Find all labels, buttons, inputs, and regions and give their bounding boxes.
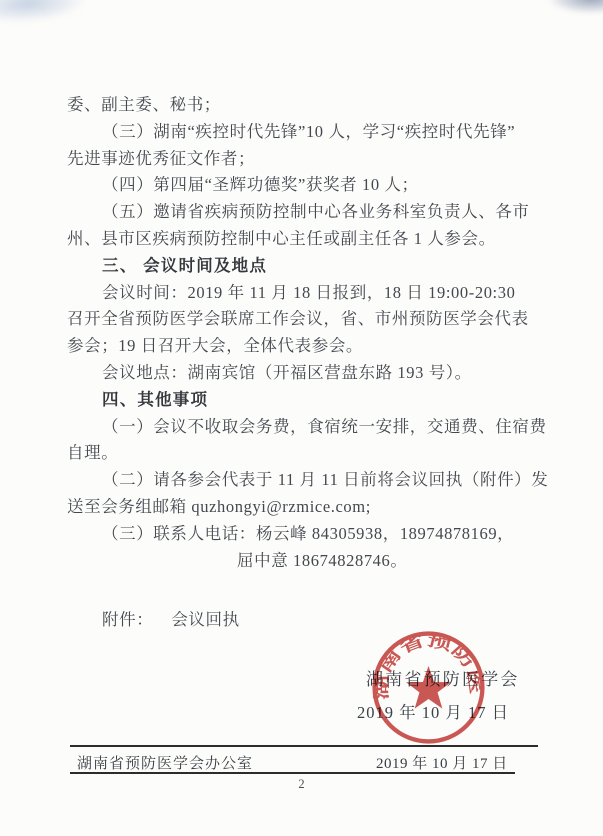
- scan-smudge-top-right: [548, 0, 603, 14]
- body-line: 屈中意 18674828746。: [67, 548, 543, 575]
- official-seal: 湖南省预防医学会: [371, 630, 486, 745]
- body-line: 参会；19 日召开大会，全体代表参会。: [67, 333, 543, 360]
- body-line: （二）请各参会代表于 11 月 11 日前将会议回执（附件）发: [67, 467, 543, 494]
- body-line: 送至会务组邮箱 quzhongyi@rzmice.com;: [67, 494, 543, 521]
- body-line: 州、县市区疾病预防控制中心主任或副主任各 1 人参会。: [67, 226, 543, 253]
- body-line: 先进事迹优秀征文作者；: [67, 146, 543, 173]
- body-line: （三）联系人电话：杨云峰 84305938，18974878169，: [67, 521, 543, 548]
- footer-rule-top: [70, 745, 538, 747]
- body-line: 会议地点：湖南宾馆（开福区营盘东路 193 号）。: [67, 360, 543, 387]
- section-heading-meeting-time: 三、 会议时间及地点: [67, 253, 543, 280]
- document-body: 委、副主委、秘书； （三）湖南“疾控时代先锋”10 人，学习“疾控时代先锋” 先…: [67, 92, 543, 574]
- scan-smudge-top-left: [0, 0, 89, 25]
- body-line: （四）第四届“圣辉功德奖”获奖者 10 人；: [67, 172, 543, 199]
- body-line: 委、副主委、秘书；: [67, 92, 543, 119]
- body-line: 召开全省预防医学会联席工作会议，省、市州预防医学会代表: [67, 306, 543, 333]
- body-line: 自理。: [67, 440, 543, 467]
- star-icon: [406, 666, 451, 709]
- document-page: 委、副主委、秘书； （三）湖南“疾控时代先锋”10 人，学习“疾控时代先锋” 先…: [0, 0, 603, 836]
- body-line: 会议时间：2019 年 11 月 18 日报到，18 日 19:00-20:30: [67, 280, 543, 307]
- attachment-line: 附件：会议回执: [67, 606, 240, 630]
- attachment-value: 会议回执: [171, 610, 239, 629]
- footer-office-name: 湖南省预防医学会办公室: [77, 752, 253, 773]
- body-line: （一）会议不收取会务费，食宿统一安排，交通费、住宿费: [67, 414, 543, 441]
- attachment-label: 附件：: [102, 610, 153, 629]
- footer-rule-bottom: [70, 772, 515, 774]
- footer-date: 2019 年 10 月 17 日: [376, 752, 508, 773]
- section-heading-other-matters: 四、其他事项: [67, 387, 543, 414]
- body-line: （三）湖南“疾控时代先锋”10 人，学习“疾控时代先锋”: [67, 119, 543, 146]
- body-line: （五）邀请省疾病预防控制中心各业务科室负责人、各市: [67, 199, 543, 226]
- page-number: 2: [0, 777, 603, 792]
